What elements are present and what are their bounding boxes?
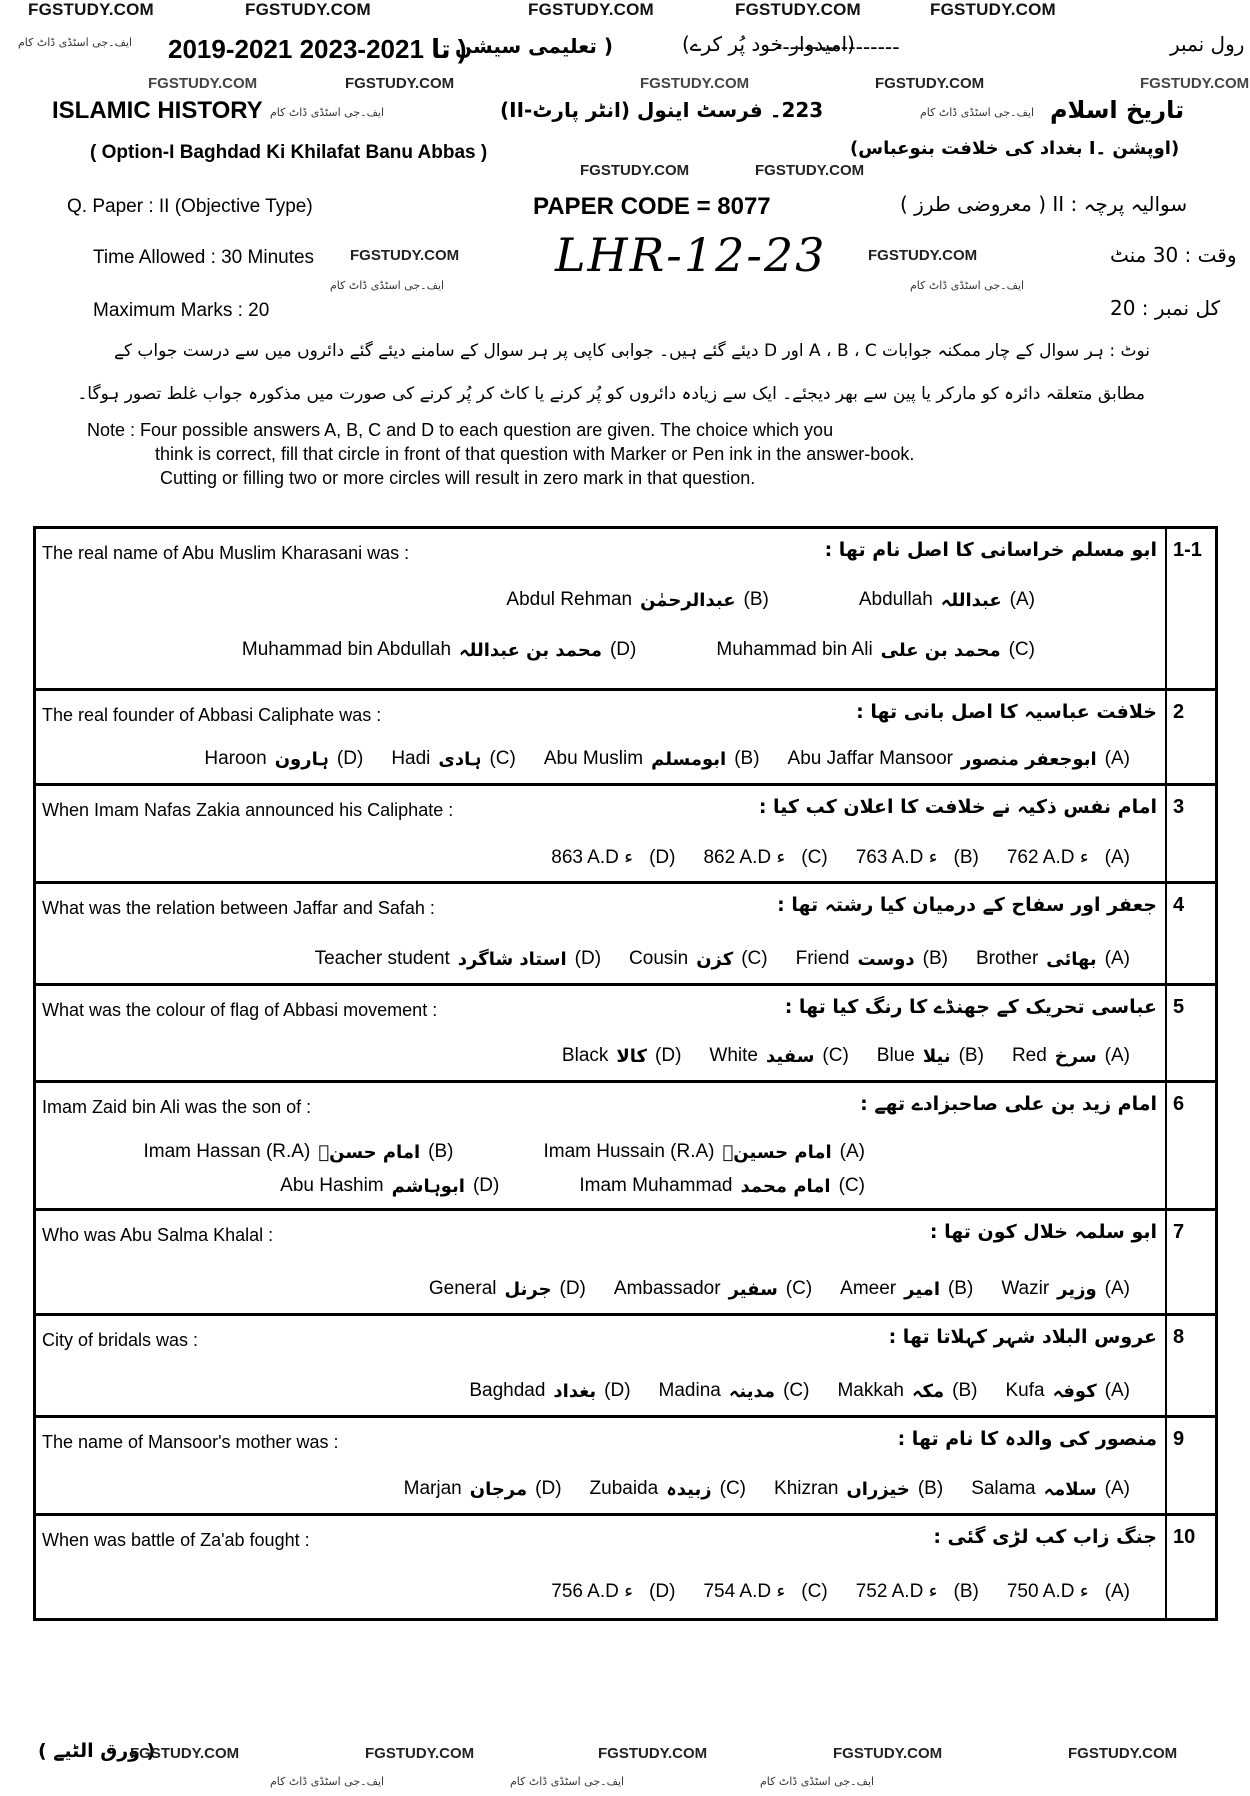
option-text-ur: سفیر <box>729 1279 778 1300</box>
roll-no-line: ----------------- <box>775 34 900 60</box>
option-a: (A)سلامہSalama <box>971 1478 1130 1500</box>
watermark: FGSTUDY.COM <box>833 1745 942 1762</box>
option-text-ur: ابومسلم <box>651 749 726 770</box>
option-c: (C)ہادیHadi <box>391 748 516 770</box>
watermark-urdu: ایف۔جی اسٹڈی ڈاٹ کام <box>510 1775 624 1788</box>
question-row: Who was Abu Salma Khalal :ابو سلمہ خلال … <box>36 1211 1215 1316</box>
option-text-en: Ameer <box>840 1278 896 1300</box>
question-body: What was the relation between Jaffar and… <box>36 884 1167 983</box>
option-letter: (A) <box>1105 1380 1130 1402</box>
question-number: 5 <box>1167 986 1215 1080</box>
question-text-en: What was the colour of flag of Abbasi mo… <box>42 1000 437 1021</box>
watermark: FGSTUDY.COM <box>1068 1745 1177 1762</box>
question-row: City of bridals was :عروس البلاد شہر کہل… <box>36 1316 1215 1418</box>
options-row: (A)بھائیBrother(B)دوستFriend(C)کزنCousin… <box>315 948 1130 970</box>
option-text-en: Blue <box>877 1045 915 1067</box>
option-b: (B)752 A.D ء <box>856 1580 979 1603</box>
question-number-label: 2 <box>1173 701 1184 724</box>
subject-title-ur: تاریخ اسلام <box>1050 96 1184 124</box>
option-text-en: Khizran <box>774 1478 838 1500</box>
option-text-en: Haroon <box>204 748 266 770</box>
option-c: (C)محمد بن علیMuhammad bin Ali <box>716 639 1035 661</box>
watermark: FGSTUDY.COM <box>345 75 454 92</box>
option-letter: (B) <box>428 1141 453 1163</box>
option-text-ur: سلامہ <box>1044 1479 1097 1500</box>
option-letter: (B) <box>948 1278 973 1300</box>
option-letter: (B) <box>959 1045 984 1067</box>
option-a: (A)سرخRed <box>1012 1045 1130 1067</box>
options-row: (A)سلامہSalama(B)خیزراںKhizran(C)زبیدہZu… <box>404 1478 1130 1500</box>
option-letter: (D) <box>604 1380 630 1402</box>
question-row: The real founder of Abbasi Caliphate was… <box>36 691 1215 786</box>
option-letter: (A) <box>1105 948 1130 970</box>
question-number-label: 4 <box>1173 894 1184 917</box>
option-letter: (A) <box>1010 589 1035 611</box>
option-a: (A)وزیرWazir <box>1001 1278 1130 1300</box>
option-text-en: Makkah <box>837 1380 904 1402</box>
watermark-urdu: ایف۔جی اسٹڈی ڈاٹ کام <box>18 36 132 49</box>
option-text-en: Zubaida <box>590 1478 659 1500</box>
option-c: (C)754 A.D ء <box>703 1580 827 1603</box>
option-text-en: Red <box>1012 1045 1047 1067</box>
option-d: (D)ابوہاشمAbu Hashim <box>280 1175 499 1197</box>
question-number: 9 <box>1167 1418 1215 1513</box>
question-body: What was the colour of flag of Abbasi mo… <box>36 986 1167 1080</box>
option-letter: (D) <box>560 1278 586 1300</box>
question-number-label: 5 <box>1173 996 1184 1019</box>
option-text-en: Muhammad bin Ali <box>716 639 872 661</box>
option-b: (B)عبدالرحمٰنAbdul Rehman <box>506 589 768 611</box>
question-row: When Imam Nafas Zakia announced his Cali… <box>36 786 1215 884</box>
question-text-en: Imam Zaid bin Ali was the son of : <box>42 1097 311 1118</box>
question-row: The real name of Abu Muslim Kharasani wa… <box>36 529 1215 691</box>
option-b: (B)امام حسنؓImam Hassan (R.A) <box>144 1141 454 1163</box>
option-a: (A)کوفہKufa <box>1005 1380 1130 1402</box>
watermark-urdu: ایف۔جی اسٹڈی ڈاٹ کام <box>330 279 444 292</box>
option-text-en: General <box>429 1278 497 1300</box>
watermark-urdu: ایف۔جی اسٹڈی ڈاٹ کام <box>760 1775 874 1788</box>
option-text-en: Black <box>562 1045 608 1067</box>
question-number-label: 8 <box>1173 1326 1184 1349</box>
question-text-en: The real name of Abu Muslim Kharasani wa… <box>42 543 409 564</box>
option-text-en: 756 A.D ء <box>551 1580 633 1603</box>
watermark: FGSTUDY.COM <box>580 162 689 179</box>
question-text-ur: عروس البلاد شہر کہلاتا تھا : <box>889 1326 1157 1348</box>
option-text-ur: امام حسنؓ <box>318 1142 420 1163</box>
option-text-en: Abu Jaffar Mansoor <box>788 748 953 770</box>
option-text-ur: زبیدہ <box>666 1479 711 1500</box>
question-body: City of bridals was :عروس البلاد شہر کہل… <box>36 1316 1167 1415</box>
watermark: FGSTUDY.COM <box>930 0 1056 20</box>
option-text-en: 754 A.D ء <box>703 1580 785 1603</box>
option-b: (B)خیزراںKhizran <box>774 1478 943 1500</box>
watermark: FGSTUDY.COM <box>245 0 371 20</box>
option-letter: (B) <box>744 589 769 611</box>
option-title-en: ( Option-I Baghdad Ki Khilafat Banu Abba… <box>90 142 487 164</box>
question-number: 3 <box>1167 786 1215 881</box>
question-body: The name of Mansoor's mother was :منصور … <box>36 1418 1167 1513</box>
option-text-en: Wazir <box>1001 1278 1049 1300</box>
option-text-en: 752 A.D ء <box>856 1580 938 1603</box>
option-letter: (B) <box>952 1380 977 1402</box>
question-text-en: The name of Mansoor's mother was : <box>42 1432 339 1453</box>
options-row: (C)محمد بن علیMuhammad bin Ali(D)محمد بن… <box>242 639 1035 661</box>
option-text-ur: بغداد <box>553 1381 596 1402</box>
option-c: (C)مدینہMadina <box>659 1380 810 1402</box>
option-letter: (D) <box>649 847 675 869</box>
option-letter: (C) <box>1009 639 1035 661</box>
option-text-en: Abu Muslim <box>544 748 643 770</box>
options-row: (C)امام محمدImam Muhammad(D)ابوہاشمAbu H… <box>280 1175 865 1197</box>
option-d: (D)استاد شاگردTeacher student <box>315 948 601 970</box>
watermark-urdu: ایف۔جی اسٹڈی ڈاٹ کام <box>920 106 1034 119</box>
subject-title-en: ISLAMIC HISTORY <box>52 97 263 125</box>
watermark: FGSTUDY.COM <box>130 1745 239 1762</box>
question-row: What was the colour of flag of Abbasi mo… <box>36 986 1215 1083</box>
option-letter: (A) <box>1105 847 1130 869</box>
option-letter: (B) <box>734 748 759 770</box>
question-text-ur: امام زید بن علی صاحبزادے تھے : <box>860 1093 1157 1115</box>
option-d: (D)863 A.D ء <box>551 846 675 869</box>
question-text-ur: خلافت عباسیہ کا اصل بانی تھا : <box>856 701 1157 723</box>
option-b: (B)مکہMakkah <box>837 1380 977 1402</box>
session-years: 2019-2021 تا 2021-2023 ) <box>168 34 467 65</box>
options-row: (A)کوفہKufa(B)مکہMakkah(C)مدینہMadina(D)… <box>469 1380 1130 1402</box>
question-number: 4 <box>1167 884 1215 983</box>
option-c: (C)زبیدہZubaida <box>590 1478 746 1500</box>
questions-table: The real name of Abu Muslim Kharasani wa… <box>33 526 1218 1621</box>
question-body: Who was Abu Salma Khalal :ابو سلمہ خلال … <box>36 1211 1167 1313</box>
watermark: FGSTUDY.COM <box>148 75 257 92</box>
option-b: (B)امیرAmeer <box>840 1278 973 1300</box>
note-english-line-2: think is correct, fill that circle in fr… <box>155 442 914 466</box>
question-number: 2 <box>1167 691 1215 783</box>
option-letter: (C) <box>741 948 767 970</box>
question-number: 1-1 <box>1167 529 1215 688</box>
option-text-ur: محمد بن عبداللہ <box>459 640 602 661</box>
option-text-en: Imam Muhammad <box>579 1175 732 1197</box>
option-text-ur: عبدالرحمٰن <box>640 590 735 611</box>
option-letter: (D) <box>655 1045 681 1067</box>
option-letter: (C) <box>786 1278 812 1300</box>
option-d: (D)کالاBlack <box>562 1045 682 1067</box>
question-text-ur: منصور کی والدہ کا نام تھا : <box>898 1428 1157 1450</box>
question-number-label: 1-1 <box>1173 539 1202 562</box>
option-b: (B)نیلاBlue <box>877 1045 984 1067</box>
question-row: When was battle of Za'ab fought :جنگ زاب… <box>36 1516 1215 1618</box>
option-b: (B)763 A.D ء <box>856 846 979 869</box>
roll-no-label: رول نمبر <box>1170 32 1244 56</box>
question-number: 8 <box>1167 1316 1215 1415</box>
question-number-label: 7 <box>1173 1221 1184 1244</box>
option-text-ur: کزن <box>696 949 733 970</box>
question-text-en: The real founder of Abbasi Caliphate was… <box>42 705 381 726</box>
watermark: FGSTUDY.COM <box>598 1745 707 1762</box>
option-text-ur: خیزراں <box>846 1479 909 1500</box>
question-text-ur: جعفر اور سفاح کے درمیان کیا رشتہ تھا : <box>777 894 1157 916</box>
question-number-label: 10 <box>1173 1526 1195 1549</box>
question-body: When Imam Nafas Zakia announced his Cali… <box>36 786 1167 881</box>
option-letter: (C) <box>839 1175 865 1197</box>
option-letter: (D) <box>535 1478 561 1500</box>
option-text-ur: مرجان <box>470 1479 527 1500</box>
question-number: 7 <box>1167 1211 1215 1313</box>
option-c: (C)سفیدWhite <box>709 1045 848 1067</box>
option-text-en: White <box>709 1045 758 1067</box>
option-b: (B)ابومسلمAbu Muslim <box>544 748 760 770</box>
option-a: (A)762 A.D ء <box>1007 846 1130 869</box>
option-text-ur: امیر <box>904 1279 940 1300</box>
paper-code-urdu: 223۔ فرسٹ اینول (انٹر پارٹ-II) <box>500 98 823 122</box>
option-text-en: Cousin <box>629 948 688 970</box>
option-letter: (A) <box>1105 1581 1130 1603</box>
option-text-ur: سفید <box>766 1046 814 1067</box>
question-text-en: Who was Abu Salma Khalal : <box>42 1225 273 1246</box>
question-text-ur: جنگ زاب کب لڑی گئی : <box>933 1526 1157 1548</box>
watermark: FGSTUDY.COM <box>528 0 654 20</box>
option-text-en: Madina <box>659 1380 721 1402</box>
option-a: (A)ابوجعفر منصورAbu Jaffar Mansoor <box>788 748 1130 770</box>
option-text-ur: مدینہ <box>729 1381 775 1402</box>
question-row: Imam Zaid bin Ali was the son of :امام ز… <box>36 1083 1215 1211</box>
option-d: (D)بغدادBaghdad <box>469 1380 630 1402</box>
option-text-en: Abu Hashim <box>280 1175 384 1197</box>
watermark: FGSTUDY.COM <box>875 75 984 92</box>
options-row: (A)750 A.D ء(B)752 A.D ء(C)754 A.D ء(D)7… <box>551 1580 1130 1603</box>
options-row: (A)ابوجعفر منصورAbu Jaffar Mansoor(B)ابو… <box>204 748 1130 770</box>
question-number: 10 <box>1167 1516 1215 1618</box>
option-letter: (C) <box>801 1581 827 1603</box>
option-a: (A)امام حسینؓImam Hussain (R.A) <box>543 1141 865 1163</box>
watermark-urdu: ایف۔جی اسٹڈی ڈاٹ کام <box>270 1775 384 1788</box>
option-a: (A)750 A.D ء <box>1007 1580 1130 1603</box>
option-text-ur: دوست <box>857 949 914 970</box>
note-urdu-line-2: مطابق متعلقہ دائرہ کو مارکر یا پین سے بھ… <box>77 383 1145 404</box>
options-row: (A)وزیرWazir(B)امیرAmeer(C)سفیرAmbassado… <box>429 1278 1130 1300</box>
option-d: (D)محمد بن عبداللہMuhammad bin Abdullah <box>242 639 636 661</box>
question-row: What was the relation between Jaffar and… <box>36 884 1215 986</box>
option-text-en: Hadi <box>391 748 430 770</box>
option-d: (D)مرجانMarjan <box>404 1478 562 1500</box>
option-c: (C)سفیرAmbassador <box>614 1278 812 1300</box>
option-letter: (C) <box>783 1380 809 1402</box>
question-text-en: When Imam Nafas Zakia announced his Cali… <box>42 800 453 821</box>
question-body: Imam Zaid bin Ali was the son of :امام ز… <box>36 1083 1167 1208</box>
question-body: The real founder of Abbasi Caliphate was… <box>36 691 1167 783</box>
option-text-en: Ambassador <box>614 1278 721 1300</box>
handwritten-code: LHR-12-23 <box>555 228 826 282</box>
option-text-ur: عبداللہ <box>941 590 1002 611</box>
option-letter: (B) <box>923 948 948 970</box>
note-english-line-1: Note : Four possible answers A, B, C and… <box>87 418 833 442</box>
option-letter: (A) <box>1105 1045 1130 1067</box>
maximum-marks-urdu: کل نمبر : 20 <box>1110 296 1220 320</box>
option-title-ur: (اوپشن ۔I بغداد کی خلافت بنوعباس) <box>850 138 1179 159</box>
option-text-ur: نیلا <box>923 1046 951 1067</box>
watermark: FGSTUDY.COM <box>640 75 749 92</box>
option-text-en: Salama <box>971 1478 1035 1500</box>
option-letter: (B) <box>918 1478 943 1500</box>
option-text-en: 862 A.D ء <box>703 846 785 869</box>
option-text-ur: ہادی <box>438 749 481 770</box>
option-letter: (A) <box>1105 748 1130 770</box>
option-letter: (B) <box>954 847 979 869</box>
note-english-line-3: Cutting or filling two or more circles w… <box>160 466 755 490</box>
option-d: (D)756 A.D ء <box>551 1580 675 1603</box>
option-text-en: Kufa <box>1005 1380 1044 1402</box>
option-text-ur: جرنل <box>505 1279 552 1300</box>
maximum-marks: Maximum Marks : 20 <box>93 300 269 322</box>
option-b: (B)دوستFriend <box>796 948 948 970</box>
option-c: (C)862 A.D ء <box>703 846 827 869</box>
watermark: FGSTUDY.COM <box>28 0 154 20</box>
option-text-en: Abdul Rehman <box>506 589 632 611</box>
option-text-ur: بھائی <box>1046 949 1096 970</box>
session-label: ( تعلیمی سیشن <box>455 34 613 58</box>
question-paper-type: Q. Paper : II (Objective Type) <box>67 196 313 218</box>
option-a: (A)بھائیBrother <box>976 948 1130 970</box>
watermark: FGSTUDY.COM <box>755 162 864 179</box>
option-text-en: Abdullah <box>859 589 933 611</box>
option-text-en: Imam Hussain (R.A) <box>543 1141 714 1163</box>
option-text-ur: ابوہاشم <box>392 1176 465 1197</box>
option-text-en: Muhammad bin Abdullah <box>242 639 451 661</box>
option-c: (C)کزنCousin <box>629 948 768 970</box>
option-letter: (C) <box>801 847 827 869</box>
question-text-en: City of bridals was : <box>42 1330 198 1351</box>
question-row: The name of Mansoor's mother was :منصور … <box>36 1418 1215 1516</box>
option-text-en: Imam Hassan (R.A) <box>144 1141 311 1163</box>
question-text-ur: ابو سلمہ خلال کون تھا : <box>930 1221 1157 1243</box>
option-text-en: 763 A.D ء <box>856 846 938 869</box>
option-text-en: 863 A.D ء <box>551 846 633 869</box>
option-text-ur: کالا <box>616 1046 647 1067</box>
option-text-ur: ابوجعفر منصور <box>961 749 1097 770</box>
question-text-ur: عباسی تحریک کے جھنڈے کا رنگ کیا تھا : <box>785 996 1157 1018</box>
option-letter: (C) <box>720 1478 746 1500</box>
option-text-ur: ہارون <box>275 749 329 770</box>
option-text-ur: امام محمد <box>740 1176 830 1197</box>
option-text-ur: وزیر <box>1057 1279 1097 1300</box>
time-allowed: Time Allowed : 30 Minutes <box>93 247 314 269</box>
watermark-urdu: ایف۔جی اسٹڈی ڈاٹ کام <box>270 106 384 119</box>
watermark: FGSTUDY.COM <box>868 247 977 264</box>
option-text-en: Teacher student <box>315 948 450 970</box>
option-text-en: 762 A.D ء <box>1007 846 1089 869</box>
options-row: (A)سرخRed(B)نیلاBlue(C)سفیدWhite(D)کالاB… <box>562 1045 1130 1067</box>
option-letter: (C) <box>489 748 515 770</box>
option-text-ur: کوفہ <box>1053 1381 1097 1402</box>
options-row: (A)عبداللہAbdullah(B)عبدالرحمٰنAbdul Reh… <box>506 589 1035 611</box>
paper-code: PAPER CODE = 8077 <box>533 193 771 221</box>
question-number-label: 9 <box>1173 1428 1184 1451</box>
note-urdu-line-1: نوٹ : ہر سوال کے چار ممکنہ جوابات A ، B … <box>114 340 1150 361</box>
option-c: (C)امام محمدImam Muhammad <box>579 1175 865 1197</box>
option-letter: (A) <box>1105 1278 1130 1300</box>
watermark: FGSTUDY.COM <box>365 1745 474 1762</box>
option-letter: (A) <box>840 1141 865 1163</box>
option-letter: (D) <box>649 1581 675 1603</box>
option-d: (D)جرنلGeneral <box>429 1278 586 1300</box>
question-body: When was battle of Za'ab fought :جنگ زاب… <box>36 1516 1167 1618</box>
question-paper-urdu: سوالیہ پرچہ : II ( معروضی طرز ) <box>900 192 1187 216</box>
option-text-ur: محمد بن علی <box>881 640 1001 661</box>
question-body: The real name of Abu Muslim Kharasani wa… <box>36 529 1167 688</box>
option-letter: (D) <box>575 948 601 970</box>
option-letter: (B) <box>954 1581 979 1603</box>
time-allowed-urdu: وقت : 30 منٹ <box>1110 243 1237 267</box>
watermark: FGSTUDY.COM <box>1140 75 1249 92</box>
options-row: (A)امام حسینؓImam Hussain (R.A)(B)امام ح… <box>144 1141 866 1163</box>
option-text-en: 750 A.D ء <box>1007 1580 1089 1603</box>
question-number-label: 6 <box>1173 1093 1184 1116</box>
question-number-label: 3 <box>1173 796 1184 819</box>
options-row: (A)762 A.D ء(B)763 A.D ء(C)862 A.D ء(D)8… <box>551 846 1130 869</box>
option-letter: (C) <box>822 1045 848 1067</box>
option-letter: (D) <box>473 1175 499 1197</box>
option-letter: (A) <box>1105 1478 1130 1500</box>
watermark: FGSTUDY.COM <box>350 247 459 264</box>
option-text-ur: امام حسینؓ <box>723 1142 832 1163</box>
watermark-urdu: ایف۔جی اسٹڈی ڈاٹ کام <box>910 279 1024 292</box>
option-text-en: Marjan <box>404 1478 462 1500</box>
option-letter: (D) <box>610 639 636 661</box>
watermark: FGSTUDY.COM <box>735 0 861 20</box>
question-number: 6 <box>1167 1083 1215 1208</box>
option-text-en: Friend <box>796 948 850 970</box>
option-text-ur: مکہ <box>912 1381 944 1402</box>
option-text-en: Brother <box>976 948 1038 970</box>
option-text-ur: سرخ <box>1055 1046 1097 1067</box>
option-letter: (D) <box>337 748 363 770</box>
question-text-en: When was battle of Za'ab fought : <box>42 1530 310 1551</box>
option-text-en: Baghdad <box>469 1380 545 1402</box>
question-text-ur: امام نفس ذکیہ نے خلافت کا اعلان کب کیا : <box>759 796 1157 818</box>
option-a: (A)عبداللہAbdullah <box>859 589 1035 611</box>
option-text-ur: استاد شاگرد <box>458 949 567 970</box>
question-text-ur: ابو مسلم خراسانی کا اصل نام تھا : <box>825 539 1157 561</box>
question-text-en: What was the relation between Jaffar and… <box>42 898 435 919</box>
option-d: (D)ہارونHaroon <box>204 748 363 770</box>
